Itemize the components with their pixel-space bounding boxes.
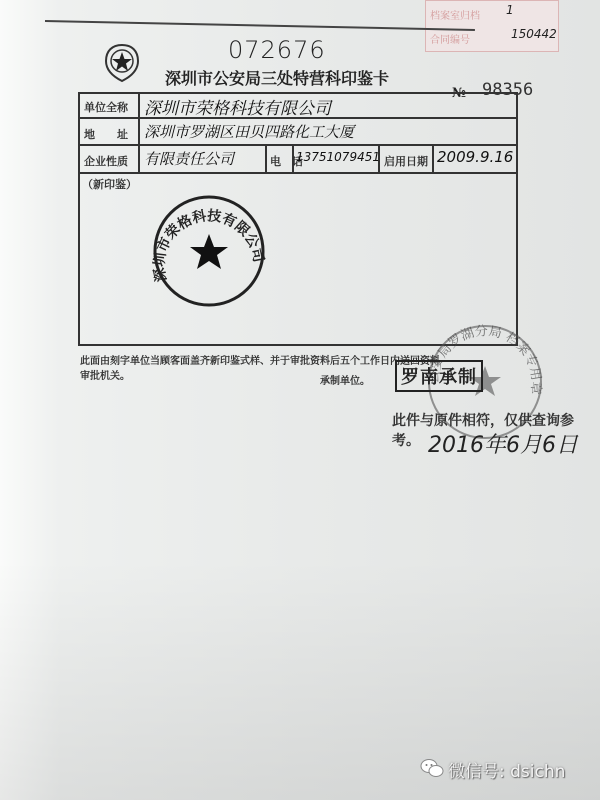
start-date-label: 启用日期 xyxy=(384,153,428,169)
registry-row1-value: 1 xyxy=(506,3,514,17)
registry-row2-label: 合同编号 xyxy=(430,31,470,46)
nature-label: 企业性质 xyxy=(84,153,128,169)
footer-line2: 审批机关。 xyxy=(80,367,130,382)
start-date-value: 2009.9.16 xyxy=(437,148,513,166)
company-name-value: 深圳市荣格科技有限公司 xyxy=(144,94,331,119)
divider-line xyxy=(45,20,475,31)
registry-row1-label: 档案室归档 xyxy=(430,7,480,22)
row-divider xyxy=(80,172,516,174)
phone-value: 13751079451 xyxy=(296,150,380,164)
watermark-text: 微信号: dsichn xyxy=(448,757,565,782)
address-label: 地 址 xyxy=(84,126,128,142)
registry-row2-value: 150442 xyxy=(511,27,557,41)
address-value: 深圳市罗湖区田贝四路化工大厦 xyxy=(144,121,354,142)
col-divider xyxy=(432,146,434,172)
certify-date: 2016年6月6日 xyxy=(428,428,578,459)
police-badge-icon xyxy=(104,43,140,83)
row-divider xyxy=(80,144,516,146)
registry-stamp: 档案室归档 1 合同编号 150442 xyxy=(425,0,559,52)
company-name-label: 单位全称 xyxy=(84,99,128,115)
seal-card: 单位全称 深圳市荣格科技有限公司 地 址 深圳市罗湖区田贝四路化工大厦 企业性质… xyxy=(78,92,518,346)
col-divider xyxy=(265,146,267,172)
footer-line1: 此面由刻字单位当顾客面盖齐新印鉴式样、并于审批资料后五个工作日内送回资料 xyxy=(80,352,440,367)
nature-value: 有限责任公司 xyxy=(144,148,234,169)
col-divider xyxy=(138,94,140,172)
maker-chop: 罗南承制 xyxy=(395,360,483,392)
maker-label: 承制单位。 xyxy=(320,372,370,387)
new-seal-label: （新印鉴） xyxy=(82,176,137,192)
handwritten-number: 072676 xyxy=(228,36,326,64)
company-seal-icon: 深圳市荣格科技有限公司 xyxy=(148,194,270,309)
wechat-icon xyxy=(420,756,444,780)
document-title: 深圳市公安局三处特营科印鉴卡 xyxy=(165,66,389,89)
